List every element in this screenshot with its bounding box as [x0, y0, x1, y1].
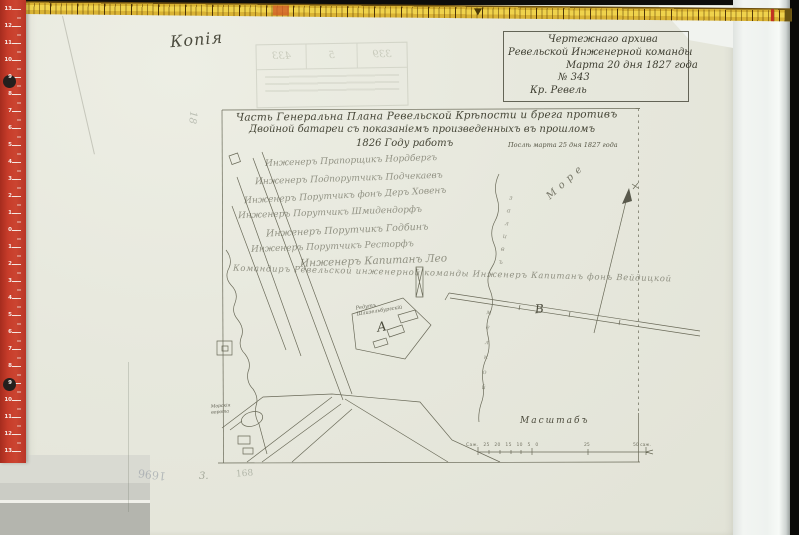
tape-red-patch — [273, 5, 289, 15]
gate-buildings — [230, 421, 253, 454]
stamp-line-4: № 343 — [558, 72, 684, 85]
ghost-stamp-cell: 433 — [256, 44, 306, 69]
ruler-number: 11 — [1, 40, 12, 46]
stamp-line-5: Кр. Ревель — [530, 85, 684, 98]
photo-backdrop: Копія 18 339 5 433 Чертежнаго архива Рев… — [0, 0, 799, 535]
ruler-number: 3 — [1, 278, 12, 284]
pencil-mark-small: 18 — [186, 111, 198, 125]
ruler-number: 8 — [1, 363, 12, 369]
ruler-number: 10 — [1, 57, 12, 63]
scale-bar-line — [478, 447, 653, 455]
ruler-number: 4 — [1, 159, 12, 165]
pencil-mark-2: 168 — [236, 468, 254, 479]
ruler-number: 12 — [1, 23, 12, 29]
ghost-stamp: 339 5 433 — [255, 42, 408, 109]
scale-number-right: 50 саж. — [633, 443, 651, 448]
ghost-stamp-row: 339 5 433 — [256, 43, 406, 71]
north-arrow-icon — [594, 183, 638, 333]
map-title-line-3: 1826 Году работъ — [356, 138, 453, 149]
ruler-number: 1 — [1, 244, 12, 250]
backdrop-right-edge — [790, 0, 799, 535]
label-point-a: А — [376, 319, 388, 335]
map-title-line-2: Двойной батареи съ показаніемъ произведе… — [249, 124, 595, 135]
ruler-number: 2 — [1, 193, 12, 199]
scale-numbers-left: Саж. 25 20 15 10 5 0 — [466, 443, 539, 448]
bastion-outline — [222, 394, 500, 462]
ruler-number: 7 — [1, 108, 12, 114]
red-ruler: 13121110987654321012345678910111213 — [0, 0, 26, 463]
ruler-number: 11 — [1, 414, 12, 420]
paper-crease-vertical — [128, 362, 129, 512]
stamp-line-2: Ревельской Инженерной команды — [508, 47, 684, 60]
ruler-number: 10 — [1, 397, 12, 403]
tape-marker-icon — [474, 8, 482, 15]
ruler-number: 0 — [1, 227, 12, 233]
label-scale: Масштабъ — [520, 416, 590, 426]
ruler-minor-ticks — [17, 9, 21, 456]
ruler-number: 4 — [1, 295, 12, 301]
ghost-stamp-cell: 5 — [306, 44, 357, 69]
tape-red-line — [771, 9, 774, 21]
backing-page-edge — [733, 0, 790, 535]
ruler-number: 9 — [1, 380, 12, 386]
ruler-number: 13 — [1, 6, 12, 12]
ruler-number: 3 — [1, 176, 12, 182]
ruler-number: 12 — [1, 431, 12, 437]
map-frame-bottom — [218, 462, 640, 463]
ruler-number: 6 — [1, 125, 12, 131]
ruler-number: 2 — [1, 261, 12, 267]
tape-end-clip — [785, 9, 792, 21]
ruler-number: 6 — [1, 329, 12, 335]
ruler-number: 1 — [1, 210, 12, 216]
map-date-note: Послѣ марта 25 дня 1827 года — [508, 141, 618, 149]
small-fort — [217, 341, 232, 355]
ghost-stamp-cell: 339 — [356, 43, 407, 68]
ruler-number: 9 — [1, 74, 12, 80]
ghost-stamp-text-blur — [265, 74, 399, 94]
label-point-b: В — [535, 302, 545, 317]
ruler-number: 8 — [1, 91, 12, 97]
stamp-line-3: Марта 20 дня 1827 года — [566, 60, 684, 73]
ruler-number: 5 — [1, 312, 12, 318]
ruler-number: 7 — [1, 346, 12, 352]
archive-stamp: Чертежнаго архива Ревельской Инженерной … — [503, 31, 689, 102]
ruler-number: 13 — [1, 448, 12, 454]
north-arrow-head — [622, 188, 632, 204]
pencil-mark-1: 3. — [199, 471, 209, 482]
ruler-number: 5 — [1, 142, 12, 148]
scale-number-mid: 25 — [584, 443, 590, 448]
label-sea-gates: Морскія ворота — [211, 403, 232, 415]
stamp-line-1: Чертежнаго архива — [548, 34, 684, 47]
